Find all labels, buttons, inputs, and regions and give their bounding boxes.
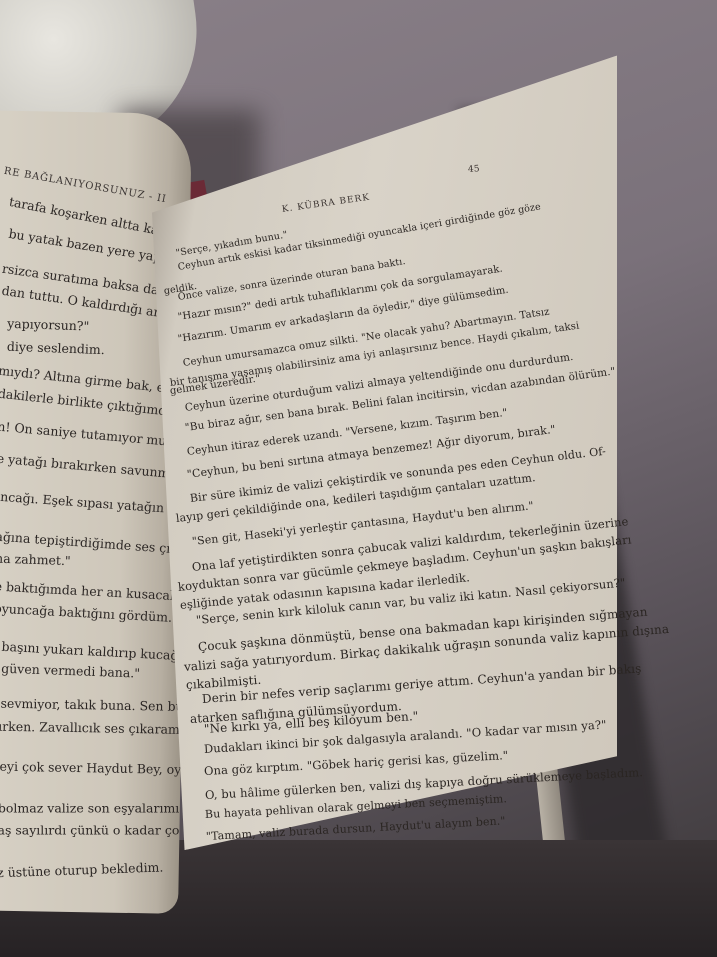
left-line: na zahmet."	[0, 551, 71, 569]
left-line: ybolmaz valize son eşyalarımı atıp ka	[0, 801, 192, 816]
left-line: güven vermedi bana."	[1, 661, 140, 681]
left-line: rırken. Zavallıcık ses çıkaramadı, doğru	[0, 719, 192, 738]
left-line: ıncağı. Eşek sıpası yatağın altına fırla…	[0, 489, 192, 521]
left-line: . sevmiyor, takık buna. Sen bunu yıka	[0, 696, 192, 715]
left-line: neyi çok sever Haydut Bey, oyuncakla	[0, 759, 192, 778]
left-line: az üstüne oturup bekledim.	[0, 859, 164, 880]
left-line: yapıyorsun?"	[7, 316, 90, 334]
left-line: diye seslendim.	[7, 339, 105, 357]
left-line: oyuncağa baktığını gördüm. Midesi	[0, 601, 192, 628]
page-number: 45	[468, 164, 480, 175]
left-line: e yatağı bırakırken savunmaya geçti	[0, 451, 192, 486]
left-line: vaş sayılırdı çünkü o kadar çok şey var	[0, 823, 192, 838]
